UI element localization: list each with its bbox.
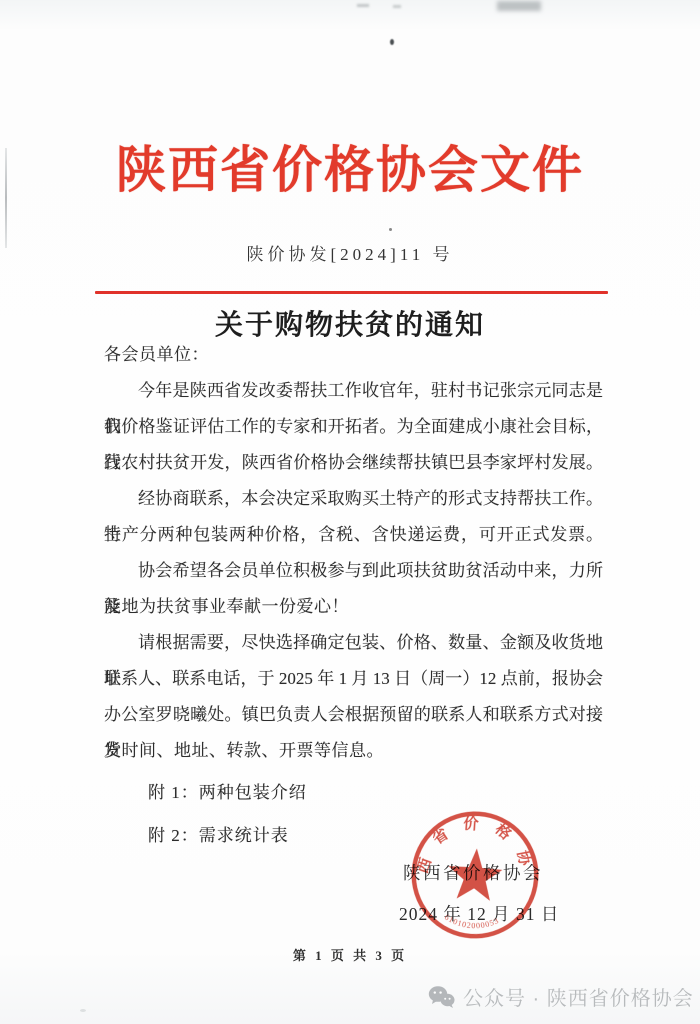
source-watermark: 公众号 · 陕西省价格协会 [428, 982, 694, 1011]
official-seal: 陕西省价格协会 610102000053 [399, 799, 551, 951]
letterhead-divider [95, 291, 608, 294]
seal-star-icon [446, 847, 503, 902]
attachment-line-1: 附 1：两种包装介绍 [148, 775, 307, 811]
body-line: 货时间、地址、转款、开票等信息。 [104, 733, 603, 769]
body-line: 请根据需要，尽快选择确定包装、价格、数量、金额及收货地址、 [104, 625, 603, 661]
letterhead-title: 陕西省价格协会文件 [0, 130, 700, 202]
attachment-line-2: 附 2：需求统计表 [148, 818, 289, 854]
scan-artifact [497, 1, 541, 11]
scan-artifact [389, 228, 392, 231]
body-line: 经协商联系，本会决定采取购买土特产的形式支持帮扶工作。土 [104, 481, 603, 517]
body-line: 及地为扶贫事业奉献一份爱心！ [104, 589, 603, 625]
scan-artifact [80, 1009, 86, 1012]
scan-artifact [393, 5, 401, 8]
body-line: 联系人、联系电话，于 2025 年 1 月 13 日（周一）12 点前，报协会 [104, 661, 603, 697]
scanned-document-page: 陕西省价格协会文件 陕价协发[2024]11 号 关于购物扶贫的通知 各会员单位… [0, 0, 700, 1024]
page-number: 第 1 页 共 3 页 [0, 945, 700, 964]
body-line: 特产分两种包装两种价格，含税、含快递运费，可开正式发票。 [104, 517, 603, 553]
body-line: 协会希望各会员单位积极参与到此项扶贫助贫活动中来，力所能 [104, 553, 603, 589]
body-line: 今年是陕西省发改委帮扶工作收官年，驻村书记张宗元同志是我 [104, 373, 603, 409]
scan-artifact [390, 39, 394, 45]
body-line: 行农村扶贫开发，陕西省价格协会继续帮扶镇巴县李家坪村发展。 [104, 445, 603, 481]
wechat-icon [428, 985, 455, 1009]
body-line: 们价格鉴证评估工作的专家和开拓者。为全面建成小康社会目标，践 [104, 409, 603, 445]
scan-artifact [357, 4, 369, 7]
notice-body: 各会员单位： 今年是陕西省发改委帮扶工作收官年，驻村书记张宗元同志是我 们价格鉴… [104, 337, 603, 769]
source-watermark-label: 公众号 · 陕西省价格协会 [463, 982, 694, 1011]
body-line: 办公室罗晓曦处。镇巴负责人会根据预留的联系人和联系方式对接发 [104, 697, 603, 733]
document-number: 陕价协发[2024]11 号 [0, 240, 700, 265]
body-line-salutation: 各会员单位： [104, 337, 603, 373]
